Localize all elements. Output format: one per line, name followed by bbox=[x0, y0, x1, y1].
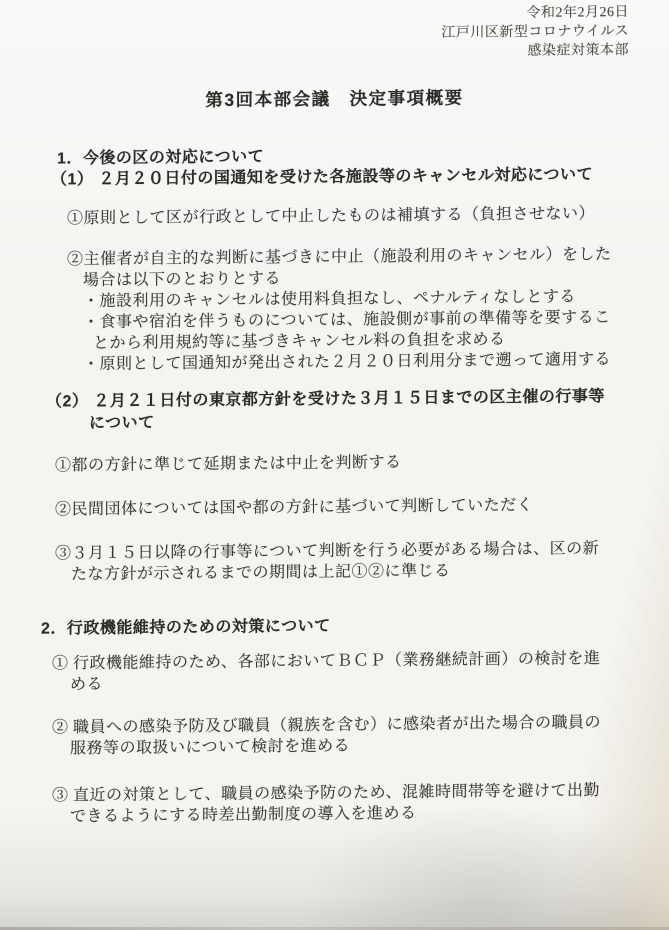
document-page: 令和2年2月26日 江戸川区新型コロナウイルス 感染症対策本部 第3回本部会議 … bbox=[0, 0, 669, 930]
sec2-item-3-line-2: できるようにする時差出勤制度の導入を進める bbox=[70, 801, 669, 828]
sec2-item-2-line-2: 服務等の取扱いについて検討を進める bbox=[70, 733, 669, 760]
sec1-sub2-item-1: ①都の方針に準じて延期または中止を判断する bbox=[55, 450, 669, 477]
section-2-heading: 2．行政機能維持のための対策について bbox=[41, 613, 669, 640]
sec1-sub1-bullet-3: ・原則として国通知が発出された２月２０日利用分まで遡って適用する bbox=[83, 349, 669, 376]
doc-title: 第3回本部会議 決定事項概要 bbox=[0, 85, 669, 113]
document-photo: 令和2年2月26日 江戸川区新型コロナウイルス 感染症対策本部 第3回本部会議 … bbox=[0, 0, 669, 930]
sec1-sub2-item-2: ②民間団体については国や都の方針に基づいて判断していただく bbox=[55, 494, 669, 521]
sec1-sub2-item-3-line-2: たな方針が示されるまでの期間は上記①②に準じる bbox=[71, 559, 669, 586]
sec1-sub1-item-1: ①原則として区が行政として中止したものは補填する（負担させない） bbox=[67, 203, 669, 230]
section-1-sub-1-heading: （1） ２月２０日付の国通知を受けた各施設等のキャンセル対応について bbox=[51, 164, 669, 192]
